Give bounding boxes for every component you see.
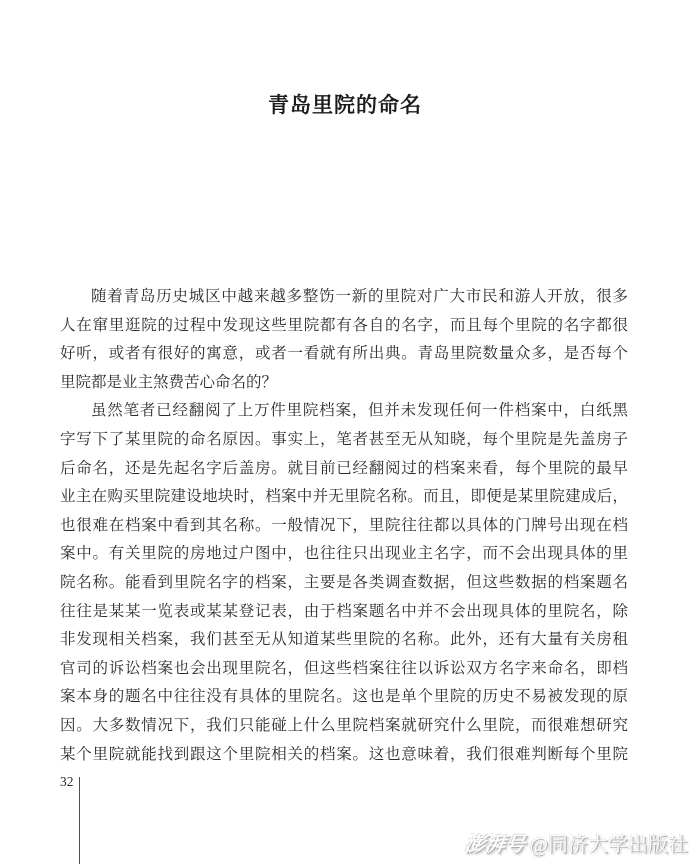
body-line: 字写下了某里院的命名原因。事实上，笔者甚至无从知晓，每个里院是先盖房子 [60, 426, 628, 455]
page-number: 32 [60, 773, 74, 791]
body-paragraph-1: 随着青岛历史城区中越来越多整饬一新的里院对广大市民和游人开放，很多 人在窜里逛院… [60, 283, 628, 397]
body-line: 人在窜里逛院的过程中发现这些里院都有各自的名字，而且每个里院的名字都很 [60, 312, 628, 341]
page-title: 青岛里院的命名 [0, 90, 690, 120]
body-line: 院名称。能看到里院名字的档案，主要是各类调查数据，但这些数据的档案题名 [60, 569, 628, 598]
body-line: 因。大多数情况下，我们只能碰上什么里院档案就研究什么里院，而很难想研究 [60, 712, 628, 741]
body-line: 好听，或者有很好的寓意，或者一看就有所出典。青岛里院数量众多，是否每个 [60, 340, 628, 369]
page-divider-line [79, 777, 80, 864]
body-line: 虽然笔者已经翻阅了上万件里院档案，但并未发现任何一件档案中，白纸黑 [60, 397, 628, 426]
body-line: 里院都是业主煞费苦心命名的？ [60, 369, 628, 398]
body-line: 随着青岛历史城区中越来越多整饬一新的里院对广大市民和游人开放，很多 [60, 283, 628, 312]
watermark-platform-logo: 澎湃号 [463, 832, 527, 858]
body-line: 官司的诉讼档案也会出现里院名，但这些档案往往以诉讼双方名字来命名，即档 [60, 655, 628, 684]
body-line: 非发现相关档案，我们甚至无从知道某些里院的名称。此外，还有大量有关房租 [60, 626, 628, 655]
body-line: 案本身的题名中往往没有具体的里院名。这也是单个里院的历史不易被发现的原 [60, 683, 628, 712]
body-line: 案中。有关里院的房地过户图中，也往往只出现业主名字，而不会出现具体的里 [60, 540, 628, 569]
watermark-account: @同济大学出版社 [530, 832, 688, 858]
body-text: 随着青岛历史城区中越来越多整饬一新的里院对广大市民和游人开放，很多 人在窜里逛院… [60, 283, 628, 769]
body-line: 后命名，还是先起名字后盖房。就目前已经翻阅过的档案来看，每个里院的最早 [60, 455, 628, 484]
book-page: 青岛里院的命名 随着青岛历史城区中越来越多整饬一新的里院对广大市民和游人开放，很… [0, 0, 690, 864]
body-paragraph-2: 虽然笔者已经翻阅了上万件里院档案，但并未发现任何一件档案中，白纸黑 字写下了某里… [60, 397, 628, 769]
body-line: 也很难在档案中看到其名称。一般情况下，里院往往都以具体的门牌号出现在档 [60, 512, 628, 541]
watermark: 澎湃号 @同济大学出版社 [465, 832, 688, 858]
body-line: 往往是某某一览表或某某登记表，由于档案题名中并不会出现具体的里院名，除 [60, 598, 628, 627]
body-line: 某个里院就能找到跟这个里院相关的档案。这也意味着，我们很难判断每个里院 [60, 741, 628, 770]
body-line: 业主在购买里院建设地块时，档案中并无里院名称。而且，即便是某里院建成后， [60, 483, 628, 512]
